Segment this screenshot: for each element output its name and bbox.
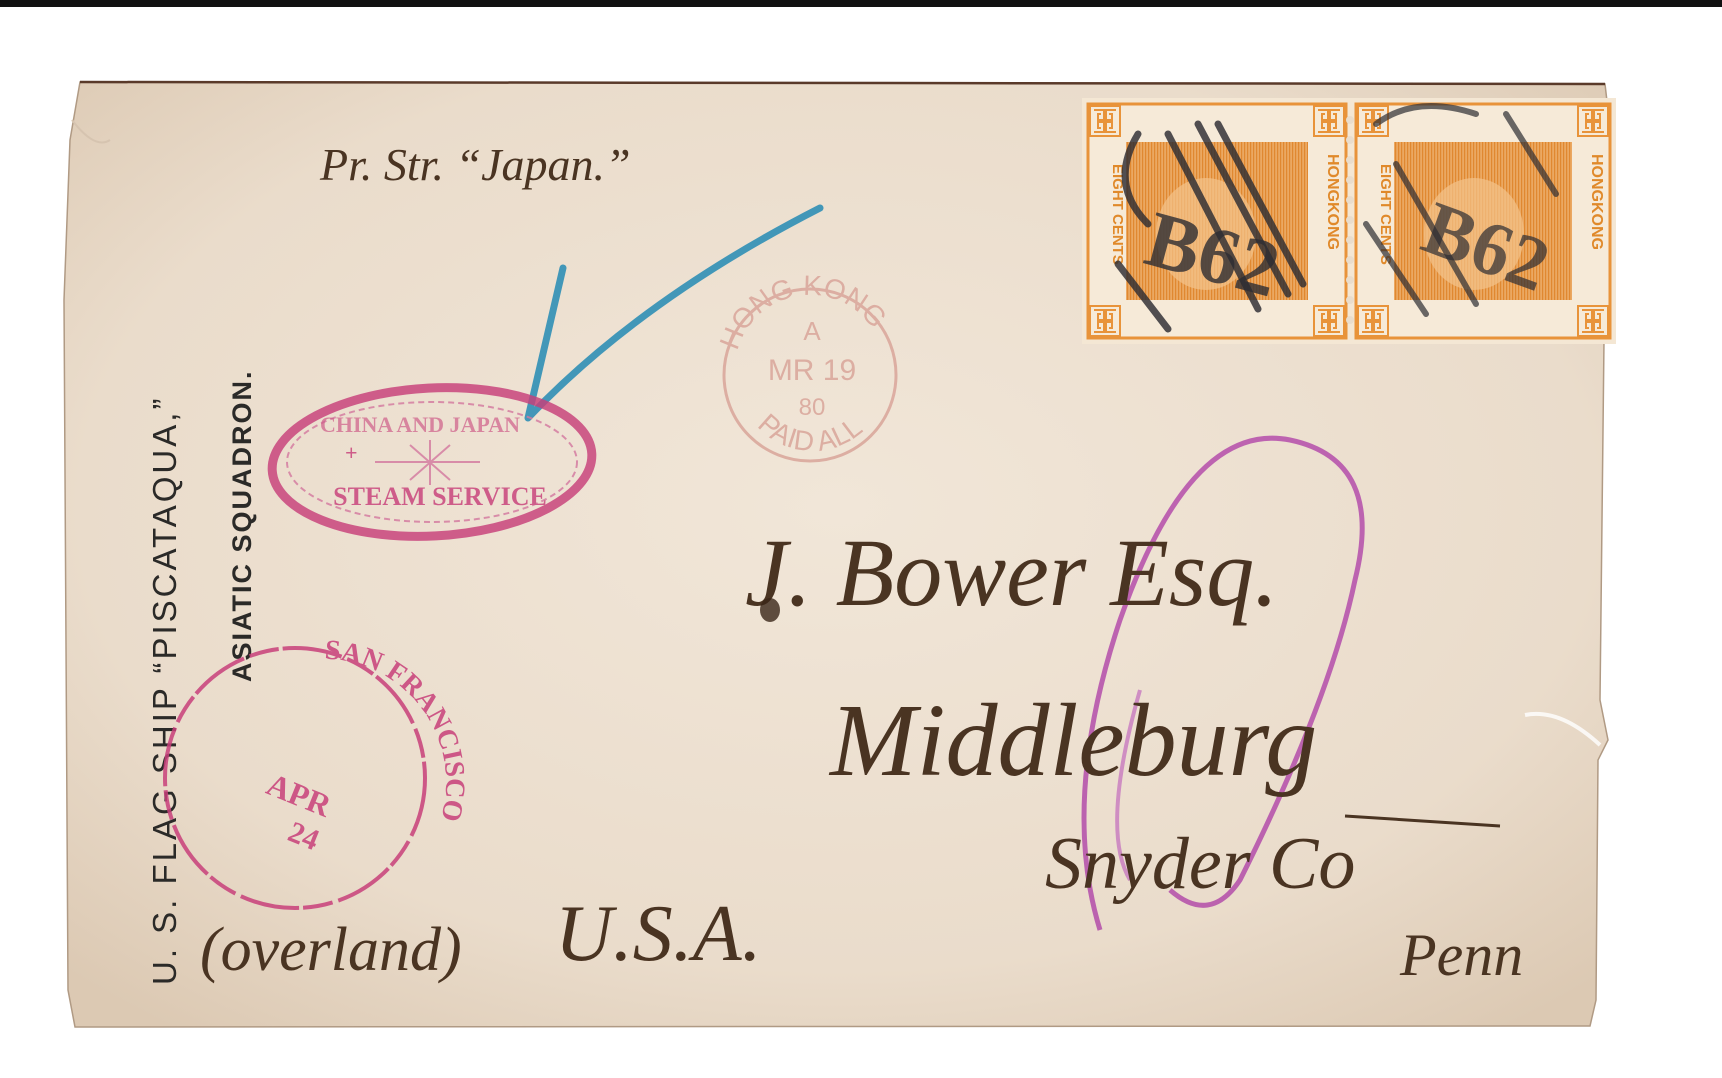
- addressee-line: J. Bower Esq.: [745, 519, 1278, 626]
- city-line: Middleburg: [828, 683, 1317, 798]
- stamp-pair: EIGHT CENTS HONGKONG B62 EIGHT CENTS HON…: [1082, 98, 1616, 344]
- corner-card-line-1: U. S. FLAG SHIP “PISCATAQUA,”: [146, 396, 183, 985]
- route-note: (overland): [200, 916, 462, 984]
- ink-blot: [760, 598, 780, 622]
- hk-postmark-year: 80: [799, 394, 826, 421]
- stamp-hongkong-8c-right: EIGHT CENTS HONGKONG B62: [1350, 98, 1616, 344]
- svg-text:+: +: [345, 440, 358, 465]
- state-line: Penn: [1399, 922, 1523, 988]
- hk-postmark-code: A: [803, 316, 821, 346]
- stamp-hongkong-8c-left: EIGHT CENTS HONGKONG B62: [1082, 98, 1352, 344]
- country-line: U.S.A.: [555, 890, 762, 978]
- stamp-country-left: HONGKONG: [1324, 154, 1341, 250]
- stamp-country-right: HONGKONG: [1588, 154, 1605, 250]
- corner-card-line-2: ASIATIC SQUADRON.: [227, 369, 257, 682]
- county-line: Snyder Co: [1045, 823, 1355, 905]
- hk-postmark-date: MR 19: [768, 354, 856, 387]
- handstamp-bottom-text: STEAM SERVICE: [333, 482, 547, 511]
- handstamp-top-text: CHINA AND JAPAN: [320, 412, 520, 437]
- envelope-scan: U. S. FLAG SHIP “PISCATAQUA,” ASIATIC SQ…: [0, 0, 1722, 1078]
- routing-endorsement: Pr. Str. “Japan.”: [319, 139, 631, 190]
